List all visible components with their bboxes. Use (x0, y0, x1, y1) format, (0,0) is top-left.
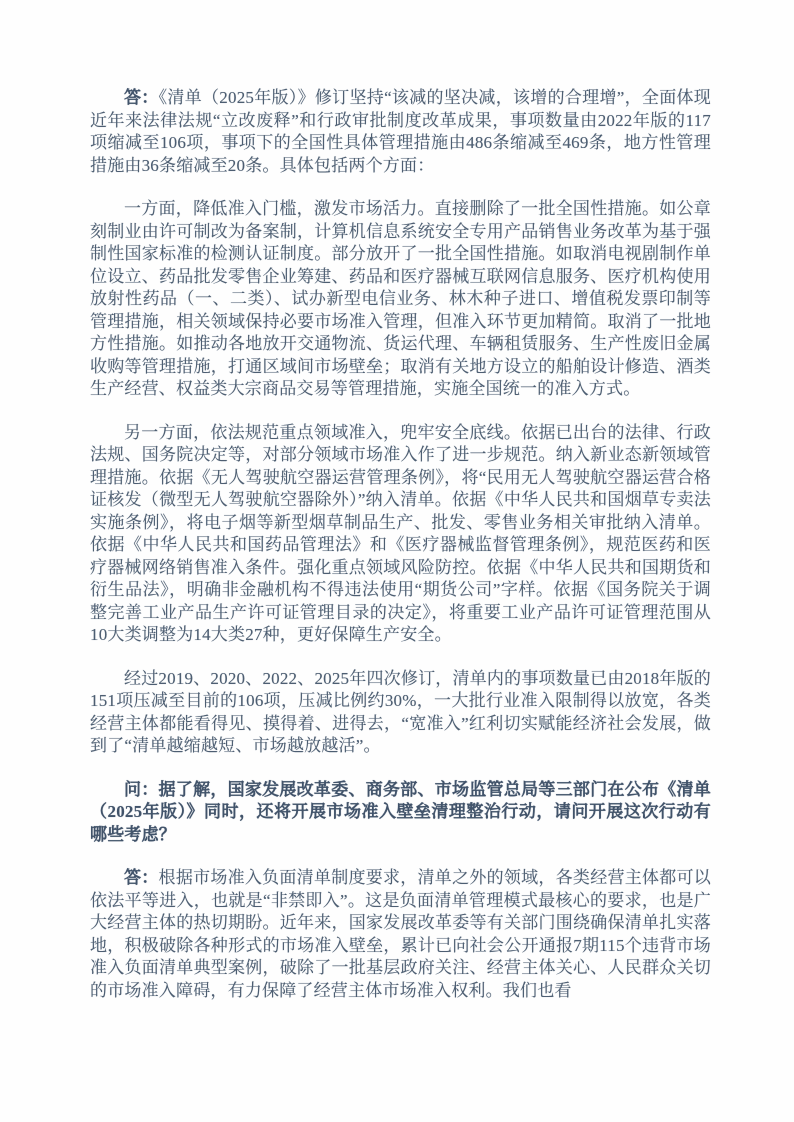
paragraph-answer-1-summary: 经过2019、2020、2022、2025年四次修订，清单内的事项数量已由201… (90, 668, 711, 758)
text-run: 另一方面，依法规范重点领域准入，兜牢安全底线。依据已出台的法律、行政法规、国务院… (90, 423, 711, 645)
document-body: 答：《清单（2025年版）》修订坚持“该减的坚决减，该增的合理增”，全面体现近年… (90, 87, 711, 1002)
paragraph-answer-1: 答：《清单（2025年版）》修订坚持“该减的坚决减，该增的合理增”，全面体现近年… (90, 87, 711, 177)
text-run: 《清单（2025年版）》修订坚持“该减的坚决减，该增的合理增”，全面体现近年来法… (90, 88, 711, 175)
text-run: 一方面，降低准入门槛，激发市场活力。直接删除了一批全国性措施。如公章刻制业由许可… (90, 199, 711, 398)
text-run: 答： (124, 88, 159, 107)
paragraph-answer-1-aspect-1: 一方面，降低准入门槛，激发市场活力。直接删除了一批全国性措施。如公章刻制业由许可… (90, 198, 711, 401)
document-page: 答：《清单（2025年版）》修订坚持“该减的坚决减，该增的合理增”，全面体现近年… (0, 0, 794, 1122)
paragraph-answer-2: 答：根据市场准入负面清单制度要求，清单之外的领域，各类经营主体都可以依法平等进入… (90, 867, 711, 1002)
paragraph-answer-1-aspect-2: 另一方面，依法规范重点领域准入，兜牢安全底线。依据已出台的法律、行政法规、国务院… (90, 422, 711, 647)
paragraph-question-2: 问：据了解，国家发展改革委、商务部、市场监管总局等三部门在公布《清单（2025年… (90, 779, 711, 847)
text-run: 答： (124, 868, 159, 887)
text-run: 根据市场准入负面清单制度要求，清单之外的领域，各类经营主体都可以依法平等进入，也… (90, 868, 711, 1000)
text-run: 问：据了解，国家发展改革委、商务部、市场监管总局等三部门在公布《清单（2025年… (90, 780, 711, 844)
text-run: 经过2019、2020、2022、2025年四次修订，清单内的事项数量已由201… (90, 669, 711, 756)
